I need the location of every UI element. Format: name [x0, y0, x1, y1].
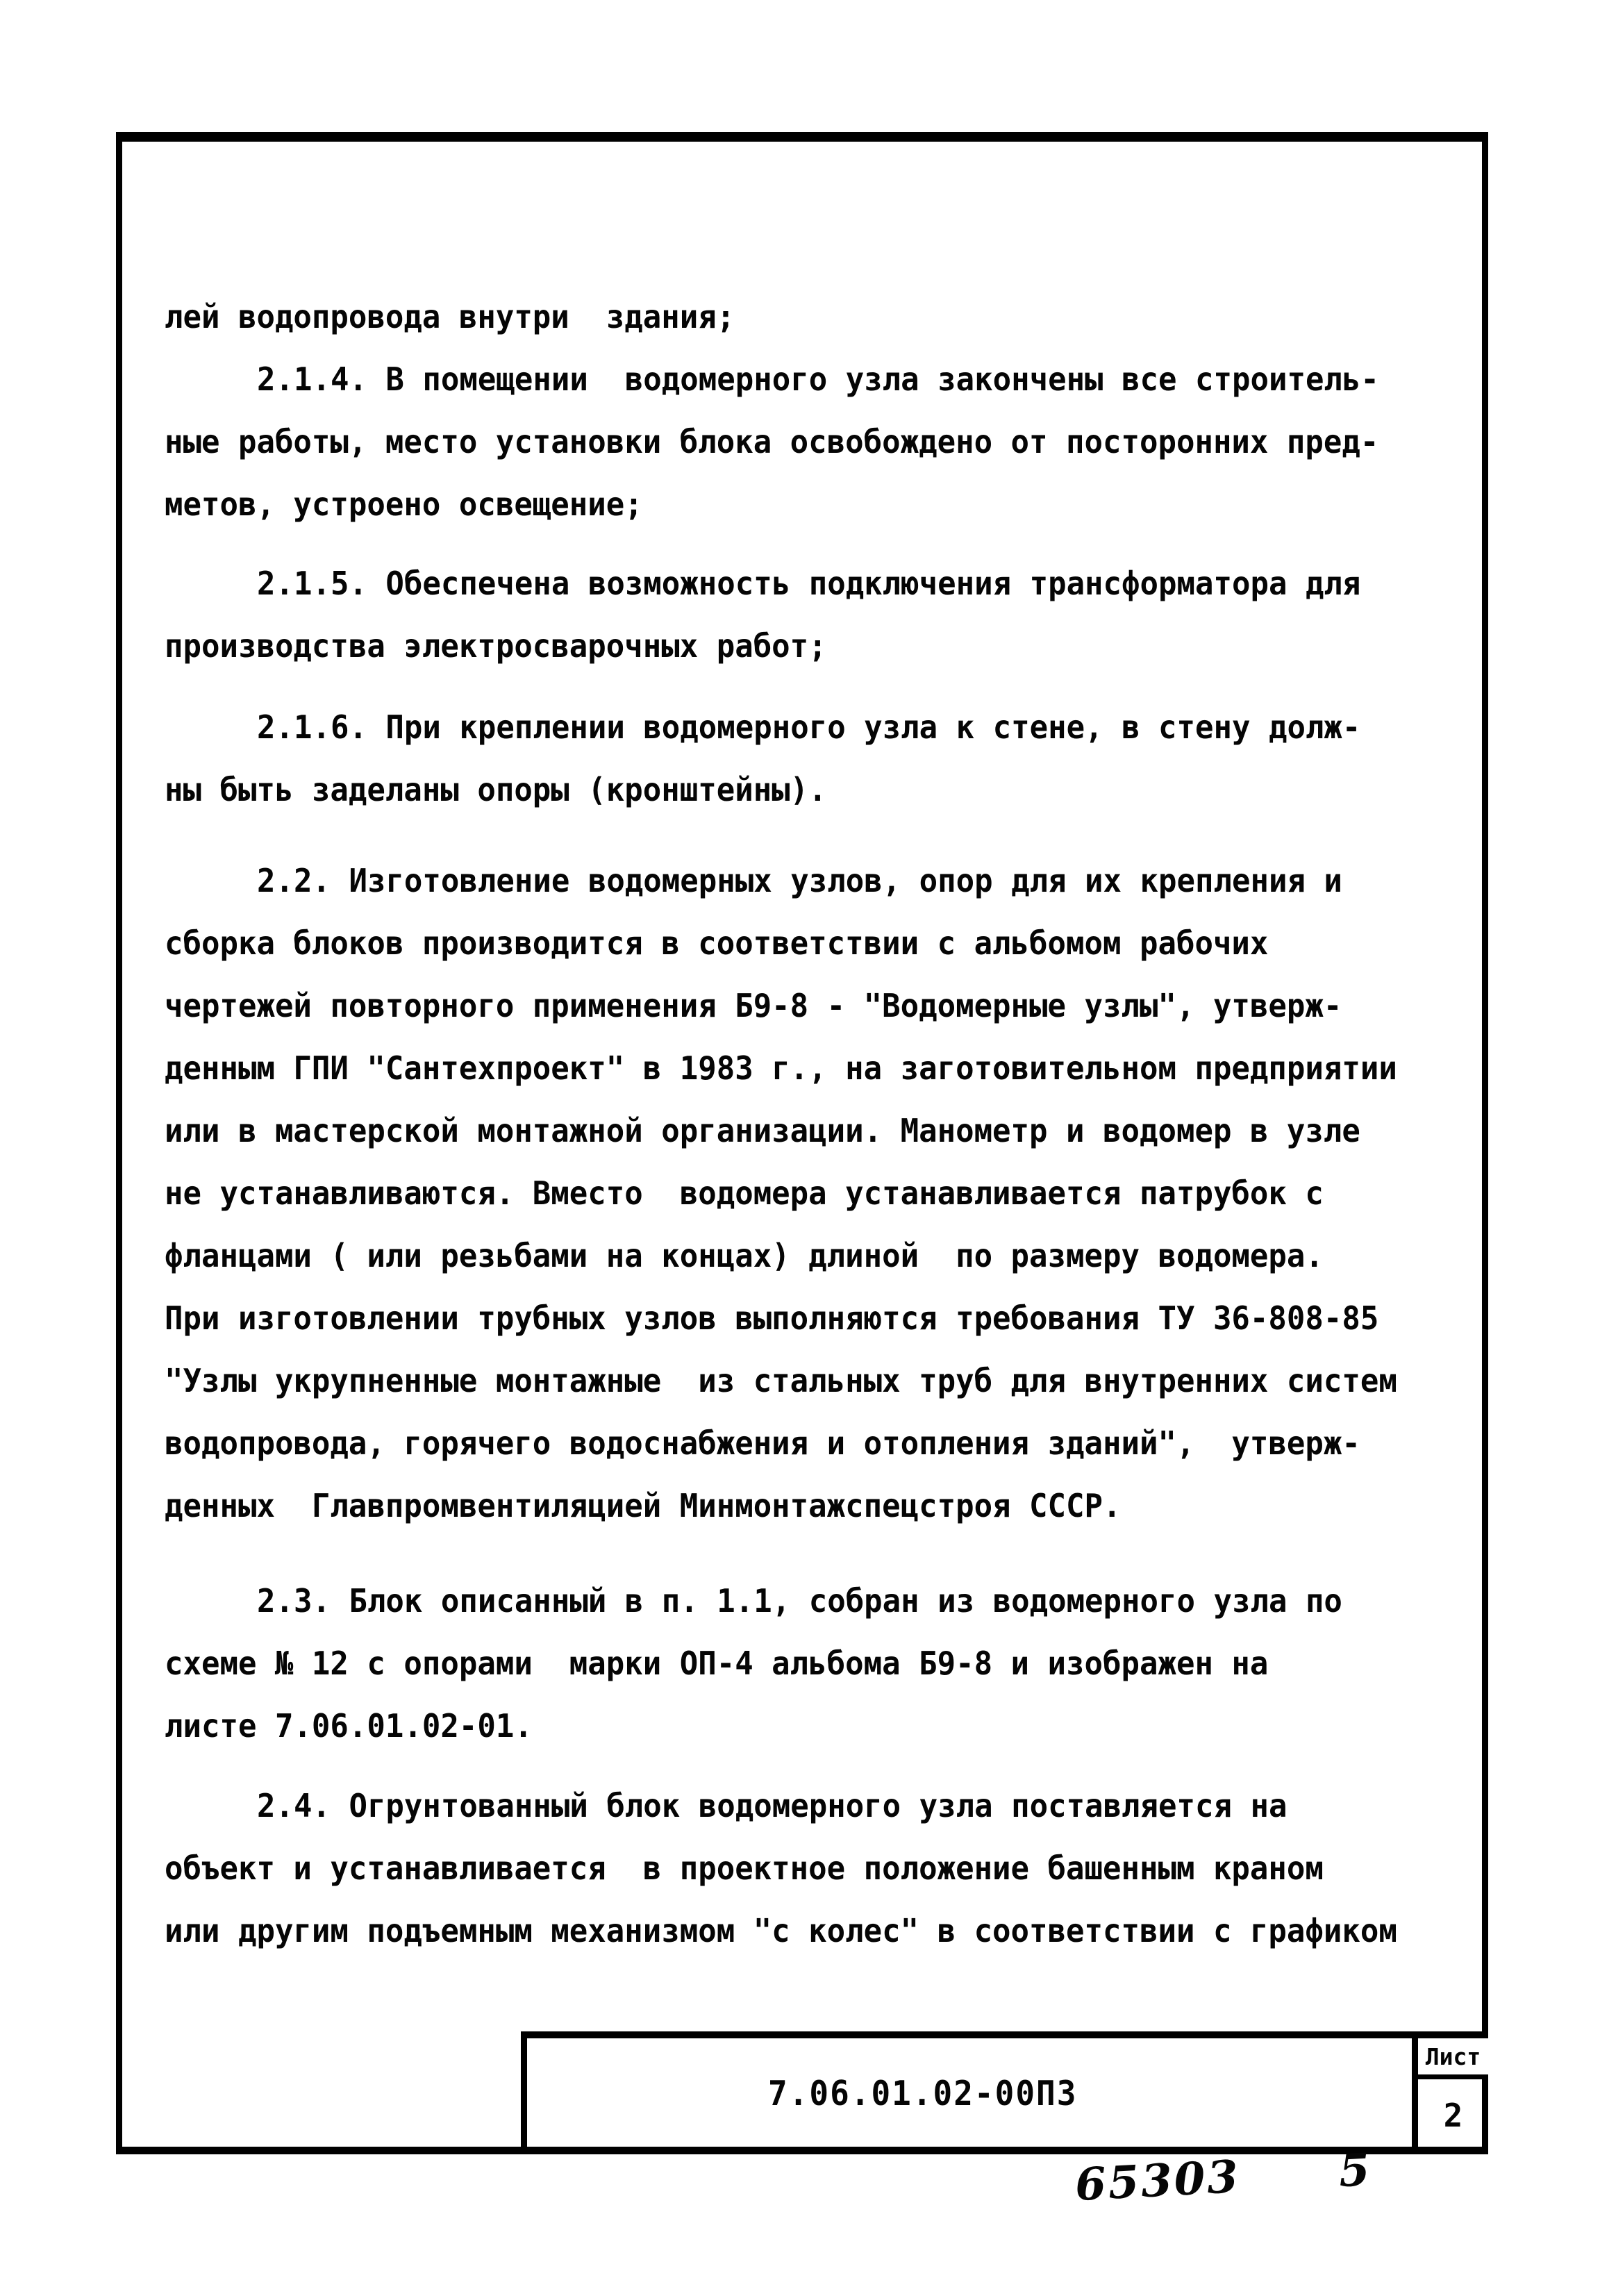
paragraph: 2.3. Блок описанный в п. 1.1, собран из …: [165, 1570, 1415, 1758]
text-line: схеме № 12 с опорами марки ОП-4 альбома …: [165, 1631, 1415, 1697]
text-line: 2.4. Огрунтованный блок водомерного узла…: [165, 1773, 1415, 1839]
text-line: 2.1.5. Обеспечена возможность подключени…: [165, 551, 1415, 617]
paragraph: 2.1.4. В помещении водомерного узла зако…: [165, 349, 1415, 536]
paragraph: 2.1.6. При креплении водомерного узла к …: [165, 697, 1415, 822]
sheet-number: 2: [1418, 2079, 1488, 2147]
text-line: 2.2. Изготовление водомерных узлов, опор…: [165, 848, 1415, 914]
text-line: денных Главпромвентиляцией Минмонтажспец…: [165, 1473, 1415, 1539]
text-line: денным ГПИ "Сантехпроект" в 1983 г., на …: [165, 1035, 1415, 1101]
text-line: 2.1.6. При креплении водомерного узла к …: [165, 694, 1415, 760]
scanned-document-page: лей водопровода внутри здания; 2.1.4. В …: [0, 0, 1600, 2296]
title-block: 7.06.01.02-00ПЗ Лист 2: [521, 2031, 1488, 2147]
paragraph: 2.1.5. Обеспечена возможность подключени…: [165, 553, 1415, 678]
text-line: чертежей повторного применения Б9-8 - "В…: [165, 973, 1415, 1039]
document-code: 7.06.01.02-00ПЗ: [768, 2073, 1077, 2113]
text-line: водопровода, горячего водоснабжения и от…: [165, 1411, 1415, 1476]
text-line: ны быть заделаны опоры (кронштейны).: [165, 757, 1415, 823]
text-line: ные работы, место установки блока освобо…: [165, 409, 1415, 475]
sheet-label: Лист: [1418, 2038, 1488, 2079]
text-line: лей водопровода внутри здания;: [165, 284, 1415, 350]
document-body: лей водопровода внутри здания; 2.1.4. В …: [165, 286, 1415, 1963]
text-line: объект и устанавливается в проектное пол…: [165, 1836, 1415, 1902]
sheet-cell: Лист 2: [1412, 2038, 1488, 2147]
text-line: При изготовлении трубных узлов выполняют…: [165, 1286, 1415, 1351]
paragraph: лей водопровода внутри здания;: [165, 286, 1415, 349]
text-line: фланцами ( или резьбами на концах) длино…: [165, 1223, 1415, 1289]
text-line: не устанавливаются. Вместо водомера уста…: [165, 1161, 1415, 1226]
text-line: метов, устроено освещение;: [165, 472, 1415, 538]
text-line: производства электросварочных работ;: [165, 613, 1415, 679]
paragraph: 2.4. Огрунтованный блок водомерного узла…: [165, 1775, 1415, 1963]
text-line: или в мастерской монтажной организации. …: [165, 1098, 1415, 1164]
title-block-main-cell: 7.06.01.02-00ПЗ: [527, 2038, 1412, 2147]
paragraph: 2.2. Изготовление водомерных узлов, опор…: [165, 850, 1415, 1538]
text-line: "Узлы укрупненные монтажные из стальных …: [165, 1348, 1415, 1414]
text-line: 2.3. Блок описанный в п. 1.1, собран из …: [165, 1568, 1415, 1634]
text-line: 2.1.4. В помещении водомерного узла зако…: [165, 347, 1415, 413]
text-line: или другим подъемным механизмом "с колес…: [165, 1898, 1415, 1964]
text-line: сборка блоков производится в соответстви…: [165, 910, 1415, 976]
text-line: листе 7.06.01.02-01.: [165, 1693, 1415, 1759]
